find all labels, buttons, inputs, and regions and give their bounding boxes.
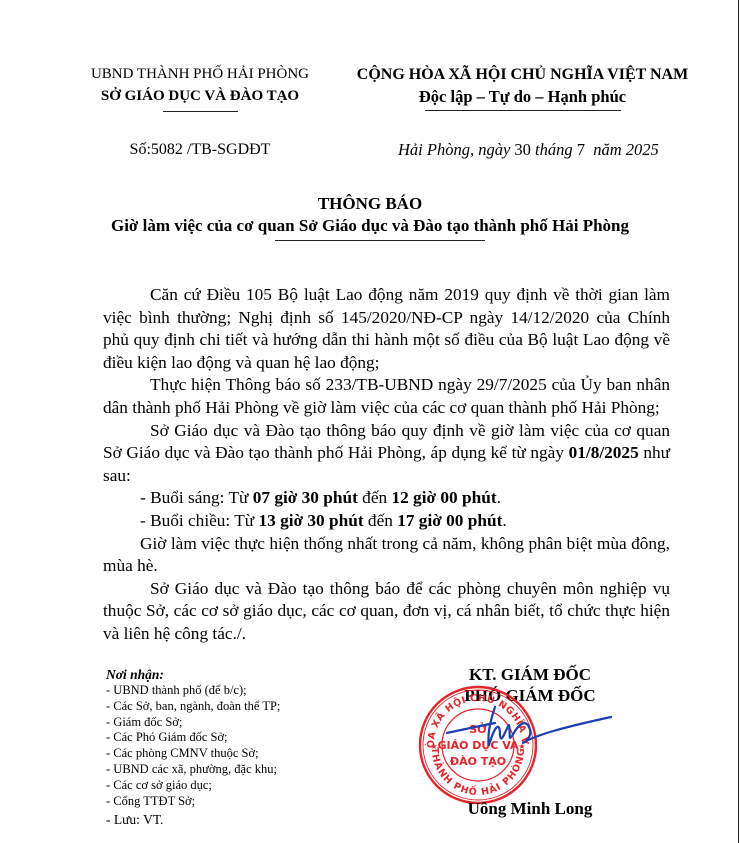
paragraph-closing: Sở Giáo dục và Đào tạo thông báo để các … (103, 578, 670, 646)
signature-authority: KT. GIÁM ĐỐC (415, 665, 645, 685)
afternoon-suffix: . (502, 511, 506, 530)
recipient-item: - Các Phó Giám đốc Sở; (106, 730, 280, 746)
paragraph-legal-basis: Căn cứ Điều 105 Bộ luật Lao động năm 201… (103, 284, 670, 374)
recipient-item: - Các phòng CMNV thuộc Sở; (106, 746, 280, 762)
issuer-underline (163, 111, 238, 112)
date-month: 7 (577, 140, 585, 159)
morning-mid: đến (358, 488, 392, 507)
recipient-item: - Cổng TTĐT Sở; (106, 794, 280, 810)
national-title: CỘNG HÒA XÃ HỘI CHỦ NGHĨA VIỆT NAM (345, 66, 700, 84)
recipients-block: Nơi nhận: - UBND thành phố (để b/c);- Cá… (106, 667, 280, 828)
date-suffix: năm 2025 (585, 140, 659, 159)
effective-date: 01/8/2025 (569, 443, 639, 462)
handwritten-signature-icon (445, 705, 615, 755)
morning-end: 12 giờ 00 phút (391, 488, 496, 507)
recipients-title: Nơi nhận: (106, 667, 280, 683)
document-subtitle: Giờ làm việc của cơ quan Sở Giáo dục và … (0, 216, 740, 236)
schedule-afternoon: - Buổi chiều: Từ 13 giờ 30 phút đến 17 g… (103, 510, 670, 533)
motto-underline (425, 110, 621, 111)
afternoon-mid: đến (364, 511, 398, 530)
morning-start: 07 giờ 30 phút (253, 488, 358, 507)
subtitle-underline (275, 240, 485, 241)
paragraph-year-round: Giờ làm việc thực hiện thống nhất trong … (103, 533, 670, 578)
recipient-item: - Lưu: VT. (106, 812, 280, 828)
afternoon-prefix: - Buổi chiều: Từ (140, 511, 258, 530)
afternoon-start: 13 giờ 30 phút (258, 511, 363, 530)
svg-text:ĐÀO TẠO: ĐÀO TẠO (450, 755, 506, 768)
document-date: Hải Phòng, ngày 30 tháng 7 năm 2025 (398, 140, 659, 160)
date-mid: tháng (531, 140, 577, 159)
recipient-item: - UBND thành phố (để b/c); (106, 683, 280, 699)
date-prefix: Hải Phòng, ngày (398, 140, 514, 159)
signer-name: Uông Minh Long (415, 799, 645, 819)
document-body: Căn cứ Điều 105 Bộ luật Lao động năm 201… (103, 284, 670, 646)
morning-suffix: . (497, 488, 501, 507)
issuer-name: SỞ GIÁO DỤC VÀ ĐÀO TẠO (70, 88, 330, 105)
recipient-item: - UBND các xã, phường, đặc khu; (106, 762, 280, 778)
document-title: THÔNG BÁO (0, 194, 740, 214)
paragraph-implementation: Thực hiện Thông báo số 233/TB-UBND ngày … (103, 374, 670, 419)
paragraph-announcement: Sở Giáo dục và Đào tạo thông báo quy địn… (103, 420, 670, 488)
afternoon-end: 17 giờ 00 phút (397, 511, 502, 530)
national-motto: Độc lập – Tự do – Hạnh phúc (345, 87, 700, 107)
date-day: 30 (514, 140, 531, 159)
recipient-item: - Các cơ sở giáo dục; (106, 778, 280, 794)
issuer-parent: UBND THÀNH PHỐ HẢI PHÒNG (70, 66, 330, 83)
recipient-item: - Các Sở, ban, ngành, đoàn thể TP; (106, 699, 280, 715)
morning-prefix: - Buổi sáng: Từ (140, 488, 253, 507)
recipients-list: - UBND thành phố (để b/c);- Các Sở, ban,… (106, 683, 280, 828)
recipient-item: - Giám đốc Sở; (106, 715, 280, 731)
schedule-morning: - Buổi sáng: Từ 07 giờ 30 phút đến 12 gi… (103, 487, 670, 510)
document-number: Số:5082 /TB-SGDĐT (70, 141, 330, 159)
page-edge (738, 0, 739, 843)
